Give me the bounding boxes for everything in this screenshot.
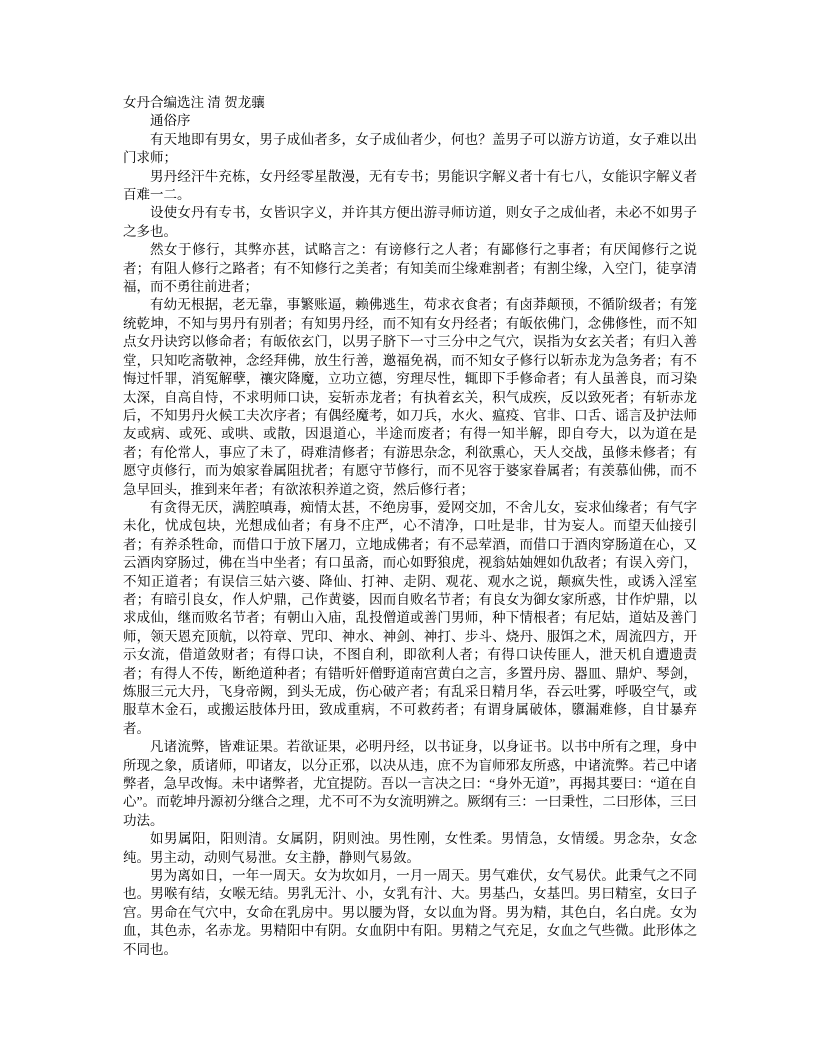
paragraph-4: 然女于修行，其弊亦甚，试略言之：有谤修行之人者；有鄙修行之事者；有厌闻修行之说者… [123,241,697,296]
document-title: 女丹合编选注 清 贺龙骧 [123,94,697,112]
paragraph-5: 有幼无根据，老无靠，事繁账逼，赖佛逃生，苟求衣食者；有卤莽颠顸，不循阶级者；有笼… [123,296,697,498]
document-content: 女丹合编选注 清 贺龙骧 通俗序 有天地即有男女，男子成仙者多，女子成仙者少，何… [123,94,697,959]
paragraph-6: 有贪得无厌，满腔嗔毒，痴情太甚，不绝房事，爱网交加，不舍儿女，妄求仙缘者；有气字… [123,499,697,738]
paragraph-7: 凡诸流弊，皆难证果。若欲证果，必明丹经，以书证身，以身证书。以书中所有之理，身中… [123,738,697,830]
document-page: 女丹合编选注 清 贺龙骧 通俗序 有天地即有男女，男子成仙者多，女子成仙者少，何… [0,0,816,1056]
paragraph-3: 设使女丹有专书，女皆识字义，并许其方便出游寻师访道，则女子之成仙者，未必不如男子… [123,204,697,241]
paragraph-2: 男丹经汗牛充栋，女丹经零星散漫，无有专书；男能识字解义者十有七八，女能识字解义者… [123,168,697,205]
section-heading: 通俗序 [123,112,697,130]
paragraph-1: 有天地即有男女，男子成仙者多，女子成仙者少，何也？盖男子可以游方访道，女子难以出… [123,131,697,168]
paragraph-9: 男为离如日，一年一周天。女为坎如月，一月一周天。男气难伏，女气易伏。此秉气之不同… [123,867,697,959]
paragraph-8: 如男属阳，阳则清。女属阴，阴则浊。男性刚，女性柔。男情急，女情缓。男念杂，女念纯… [123,830,697,867]
